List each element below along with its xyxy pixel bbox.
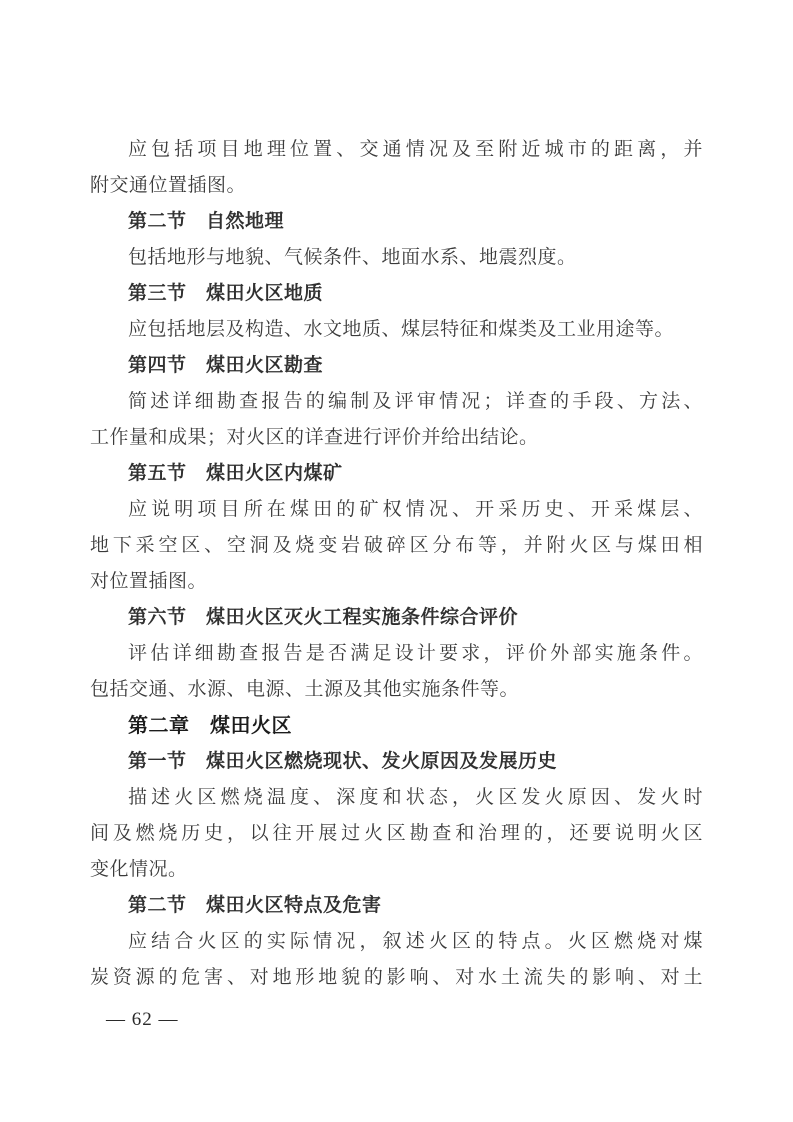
paragraph-line: 描述火区燃烧温度、深度和状态，火区发火原因、发火时 [90, 780, 703, 816]
section-heading: 第四节 煤田火区勘查 [90, 348, 703, 384]
paragraph-line: 简述详细勘查报告的编制及评审情况；详查的手段、方法、 [90, 384, 703, 420]
paragraph-line: 炭资源的危害、对地形地貌的影响、对水土流失的影响、对土 [90, 960, 703, 996]
text-block: 应包括项目地理位置、交通情况及至附近城市的距离，并 附交通位置插图。 第二节 自… [90, 132, 703, 996]
document-page: 应包括项目地理位置、交通情况及至附近城市的距离，并 附交通位置插图。 第二节 自… [0, 0, 793, 1122]
paragraph-line: 间及燃烧历史，以往开展过火区勘查和治理的，还要说明火区 [90, 816, 703, 852]
paragraph-line: 包括地形与地貌、气候条件、地面水系、地震烈度。 [90, 240, 703, 276]
section-heading: 第二节 煤田火区特点及危害 [90, 888, 703, 924]
paragraph-line: 对位置插图。 [90, 564, 703, 600]
paragraph-line: 应说明项目所在煤田的矿权情况、开采历史、开采煤层、 [90, 492, 703, 528]
paragraph-line: 附交通位置插图。 [90, 168, 703, 204]
section-heading: 第二节 自然地理 [90, 204, 703, 240]
paragraph-line: 应包括项目地理位置、交通情况及至附近城市的距离，并 [90, 132, 703, 168]
paragraph-line: 工作量和成果；对火区的详查进行评价并给出结论。 [90, 420, 703, 456]
paragraph-line: 应包括地层及构造、水文地质、煤层特征和煤类及工业用途等。 [90, 312, 703, 348]
section-heading: 第一节 煤田火区燃烧现状、发火原因及发展历史 [90, 744, 703, 780]
page-number: — 62 — [106, 1008, 179, 1032]
paragraph-line: 地下采空区、空洞及烧变岩破碎区分布等，并附火区与煤田相 [90, 528, 703, 564]
paragraph-line: 应结合火区的实际情况，叙述火区的特点。火区燃烧对煤 [90, 924, 703, 960]
paragraph-line: 评估详细勘查报告是否满足设计要求，评价外部实施条件。 [90, 636, 703, 672]
paragraph-line: 变化情况。 [90, 852, 703, 888]
section-heading: 第六节 煤田火区灭火工程实施条件综合评价 [90, 600, 703, 636]
section-heading: 第三节 煤田火区地质 [90, 276, 703, 312]
section-heading: 第五节 煤田火区内煤矿 [90, 456, 703, 492]
paragraph-line: 包括交通、水源、电源、土源及其他实施条件等。 [90, 672, 703, 708]
chapter-heading: 第二章 煤田火区 [90, 708, 703, 744]
